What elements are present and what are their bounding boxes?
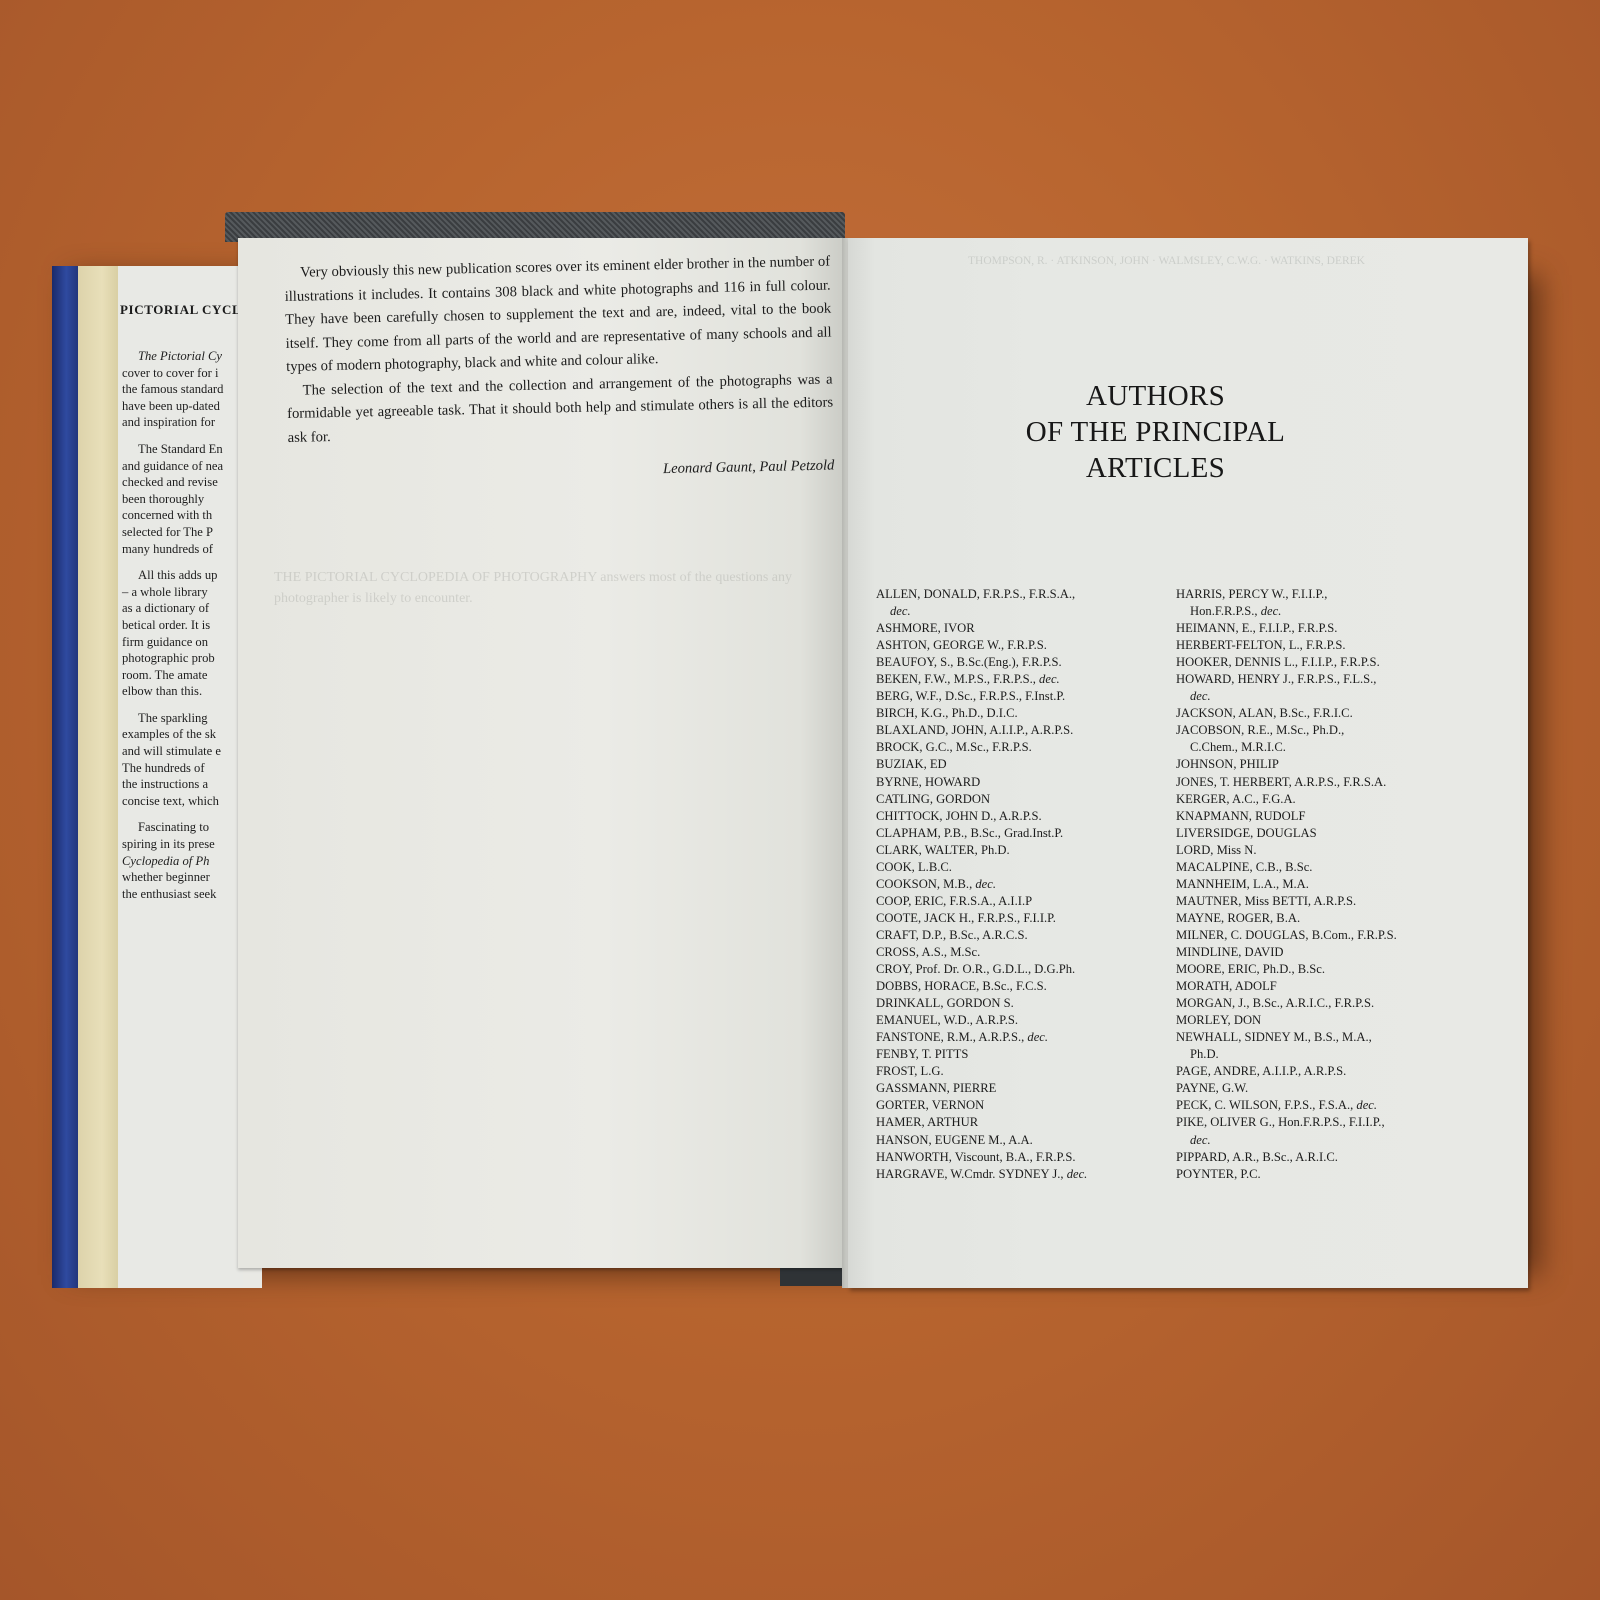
preface-paragraph-2: The selection of the text and the collec…: [286, 368, 833, 450]
flap-line: many hundreds of: [122, 541, 243, 558]
author-entry: MORLEY, DON: [1176, 1012, 1476, 1029]
flap-line: examples of the sk: [122, 726, 243, 743]
show-through-text: THE PICTORIAL CYCLOPEDIA OF PHOTOGRAPHY …: [274, 568, 834, 609]
author-entry: GORTER, VERNON: [876, 1097, 1176, 1114]
author-entry: MILNER, C. DOUGLAS, B.Com., F.R.P.S.: [1176, 927, 1476, 944]
flap-line: The Pictorial Cy: [122, 348, 243, 365]
flap-line: and will stimulate e: [122, 743, 243, 760]
editors-signature: Leonard Gaunt, Paul Petzold: [288, 455, 834, 490]
author-entry: DRINKALL, GORDON S.: [876, 995, 1176, 1012]
flap-paragraph: Fascinating tospiring in its preseCyclop…: [122, 819, 243, 902]
flap-line: firm guidance on: [122, 634, 243, 651]
flap-line: and inspiration for: [122, 414, 243, 431]
flap-paragraph: The Standard Enand guidance of neachecke…: [122, 441, 243, 557]
author-entry: HOOKER, DENNIS L., F.I.I.P., F.R.P.S.: [1176, 654, 1476, 671]
preface-text: Very obviously this new publication scor…: [284, 251, 835, 490]
flap-line: All this adds up: [122, 567, 243, 584]
flap-title: PICTORIAL CYCL: [120, 302, 241, 318]
author-entry: COOTE, JACK H., F.R.P.S., F.I.I.P.: [876, 910, 1176, 927]
flap-line: photographic prob: [122, 650, 243, 667]
author-entry: PIKE, OLIVER G., Hon.F.R.P.S., F.I.I.P.,: [1176, 1114, 1476, 1131]
flap-paragraph: The sparklingexamples of the skand will …: [122, 710, 243, 810]
author-entry: MORGAN, J., B.Sc., A.R.I.C., F.R.P.S.: [1176, 995, 1476, 1012]
author-entry: JACOBSON, R.E., M.Sc., Ph.D.,: [1176, 722, 1476, 739]
author-entry: ASHTON, GEORGE W., F.R.P.S.: [876, 637, 1176, 654]
author-entry-continuation: Hon.F.R.P.S., dec.: [1176, 603, 1476, 620]
flap-line: Cyclopedia of Ph: [122, 853, 243, 870]
author-entry: CROSS, A.S., M.Sc.: [876, 944, 1176, 961]
show-through-text: THOMPSON, R. · ATKINSON, JOHN · WALMSLEY…: [968, 254, 1528, 270]
author-entry-continuation: dec.: [1176, 688, 1476, 705]
author-entry: COOP, ERIC, F.R.S.A., A.I.I.P: [876, 893, 1176, 910]
author-entry: BUZIAK, ED: [876, 756, 1176, 773]
author-entry: CATLING, GORDON: [876, 791, 1176, 808]
flap-line: room. The amate: [122, 667, 243, 684]
flap-line: as a dictionary of: [122, 600, 243, 617]
authors-column-left: ALLEN, DONALD, F.R.P.S., F.R.S.A.,dec.AS…: [876, 586, 1176, 1183]
author-entry-continuation: Ph.D.: [1176, 1046, 1476, 1063]
flap-line: checked and revise: [122, 474, 243, 491]
author-entry: HERBERT-FELTON, L., F.R.P.S.: [1176, 637, 1476, 654]
author-entry: BERG, W.F., D.Sc., F.R.P.S., F.Inst.P.: [876, 688, 1176, 705]
author-entry: HOWARD, HENRY J., F.R.P.S., F.L.S.,: [1176, 671, 1476, 688]
jacket-blue-edge: [52, 266, 78, 1288]
author-entry: NEWHALL, SIDNEY M., B.S., M.A.,: [1176, 1029, 1476, 1046]
author-entry: JONES, T. HERBERT, A.R.P.S., F.R.S.A.: [1176, 774, 1476, 791]
author-entry: CRAFT, D.P., B.Sc., A.R.C.S.: [876, 927, 1176, 944]
author-entry: BYRNE, HOWARD: [876, 774, 1176, 791]
flap-line: betical order. It is: [122, 617, 243, 634]
author-entry: KERGER, A.C., F.G.A.: [1176, 791, 1476, 808]
author-entry: PAYNE, G.W.: [1176, 1080, 1476, 1097]
author-entry: BEAUFOY, S., B.Sc.(Eng.), F.R.P.S.: [876, 654, 1176, 671]
flap-line: the instructions a: [122, 776, 243, 793]
flap-line: The hundreds of: [122, 760, 243, 777]
flap-line: concise text, which: [122, 793, 243, 810]
flap-line: the famous standard: [122, 381, 243, 398]
jacket-cream-band: [78, 266, 118, 1288]
author-entry: GASSMANN, PIERRE: [876, 1080, 1176, 1097]
author-entry: HAMER, ARTHUR: [876, 1114, 1176, 1131]
flap-line: whether beginner: [122, 869, 243, 886]
author-entry-continuation: C.Chem., M.R.I.C.: [1176, 739, 1476, 756]
flap-line: selected for The P: [122, 524, 243, 541]
author-entry: CHITTOCK, JOHN D., A.R.P.S.: [876, 808, 1176, 825]
preface-paragraph-1: Very obviously this new publication scor…: [284, 251, 832, 380]
heading-line-3: ARTICLES: [848, 450, 1463, 486]
flap-line: elbow than this.: [122, 683, 243, 700]
flap-line: Fascinating to: [122, 819, 243, 836]
heading-line-1: AUTHORS: [848, 378, 1463, 414]
page-heading: AUTHORS OF THE PRINCIPAL ARTICLES: [848, 378, 1463, 486]
flap-line: The Standard En: [122, 441, 243, 458]
author-entry: CLAPHAM, P.B., B.Sc., Grad.Inst.P.: [876, 825, 1176, 842]
author-entry: HANWORTH, Viscount, B.A., F.R.P.S.: [876, 1149, 1176, 1166]
flap-paragraph: The Pictorial Cycover to cover for ithe …: [122, 348, 243, 431]
author-entry: BIRCH, K.G., Ph.D., D.I.C.: [876, 705, 1176, 722]
author-entry: JOHNSON, PHILIP: [1176, 756, 1476, 773]
author-entry: HARRIS, PERCY W., F.I.I.P.,: [1176, 586, 1476, 603]
flap-line: been thoroughly: [122, 491, 243, 508]
heading-line-2: OF THE PRINCIPAL: [848, 414, 1463, 450]
author-entry: CROY, Prof. Dr. O.R., G.D.L., D.G.Ph.: [876, 961, 1176, 978]
author-entry: POYNTER, P.C.: [1176, 1166, 1476, 1183]
author-entry: PIPPARD, A.R., B.Sc., A.R.I.C.: [1176, 1149, 1476, 1166]
author-entry: HEIMANN, E., F.I.I.P., F.R.P.S.: [1176, 620, 1476, 637]
author-entry: MACALPINE, C.B., B.Sc.: [1176, 859, 1476, 876]
author-entry: PAGE, ANDRE, A.I.I.P., A.R.P.S.: [1176, 1063, 1476, 1080]
author-entry: KNAPMANN, RUDOLF: [1176, 808, 1476, 825]
author-entry: COOK, L.B.C.: [876, 859, 1176, 876]
author-entry: FENBY, T. PITTS: [876, 1046, 1176, 1063]
left-page: THE PICTORIAL CYCLOPEDIA OF PHOTOGRAPHY …: [238, 238, 848, 1268]
author-entry: FANSTONE, R.M., A.R.P.S., dec.: [876, 1029, 1176, 1046]
author-entry: MORATH, ADOLF: [1176, 978, 1476, 995]
author-entry: MANNHEIM, L.A., M.A.: [1176, 876, 1476, 893]
author-entry: ALLEN, DONALD, F.R.P.S., F.R.S.A.,: [876, 586, 1176, 603]
author-entry: EMANUEL, W.D., A.R.P.S.: [876, 1012, 1176, 1029]
author-entry-continuation: dec.: [1176, 1132, 1476, 1149]
flap-line: the enthusiast seek: [122, 886, 243, 903]
jacket-flap: PICTORIAL CYCL The Pictorial Cycover to …: [118, 266, 243, 1288]
flap-line: concerned with th: [122, 507, 243, 524]
author-entry: BEKEN, F.W., M.P.S., F.R.P.S., dec.: [876, 671, 1176, 688]
flap-line: and guidance of nea: [122, 458, 243, 475]
flap-paragraph: All this adds up– a whole libraryas a di…: [122, 567, 243, 700]
flap-line: cover to cover for i: [122, 365, 243, 382]
author-entry: FROST, L.G.: [876, 1063, 1176, 1080]
author-entry: HARGRAVE, W.Cmdr. SYDNEY J., dec.: [876, 1166, 1176, 1183]
author-entry: LIVERSIDGE, DOUGLAS: [1176, 825, 1476, 842]
author-entry: MAYNE, ROGER, B.A.: [1176, 910, 1476, 927]
right-page: THOMPSON, R. · ATKINSON, JOHN · WALMSLEY…: [848, 238, 1528, 1288]
author-entry: LORD, Miss N.: [1176, 842, 1476, 859]
flap-line: spiring in its prese: [122, 836, 243, 853]
authors-column-right: HARRIS, PERCY W., F.I.I.P.,Hon.F.R.P.S.,…: [1176, 586, 1476, 1183]
author-entry: MAUTNER, Miss BETTI, A.R.P.S.: [1176, 893, 1476, 910]
author-entry: JACKSON, ALAN, B.Sc., F.R.I.C.: [1176, 705, 1476, 722]
author-entry: MOORE, ERIC, Ph.D., B.Sc.: [1176, 961, 1476, 978]
authors-list: ALLEN, DONALD, F.R.P.S., F.R.S.A.,dec.AS…: [876, 586, 1476, 1183]
author-entry: HANSON, EUGENE M., A.A.: [876, 1132, 1176, 1149]
author-entry: BLAXLAND, JOHN, A.I.I.P., A.R.P.S.: [876, 722, 1176, 739]
flap-line: – a whole library: [122, 584, 243, 601]
flap-line: The sparkling: [122, 710, 243, 727]
author-entry-continuation: dec.: [876, 603, 1176, 620]
author-entry: CLARK, WALTER, Ph.D.: [876, 842, 1176, 859]
flap-line: have been up-dated: [122, 398, 243, 415]
author-entry: BROCK, G.C., M.Sc., F.R.P.S.: [876, 739, 1176, 756]
author-entry: PECK, C. WILSON, F.P.S., F.S.A., dec.: [1176, 1097, 1476, 1114]
author-entry: DOBBS, HORACE, B.Sc., F.C.S.: [876, 978, 1176, 995]
author-entry: COOKSON, M.B., dec.: [876, 876, 1176, 893]
author-entry: MINDLINE, DAVID: [1176, 944, 1476, 961]
flap-body-text: The Pictorial Cycover to cover for ithe …: [122, 348, 243, 912]
author-entry: ASHMORE, IVOR: [876, 620, 1176, 637]
